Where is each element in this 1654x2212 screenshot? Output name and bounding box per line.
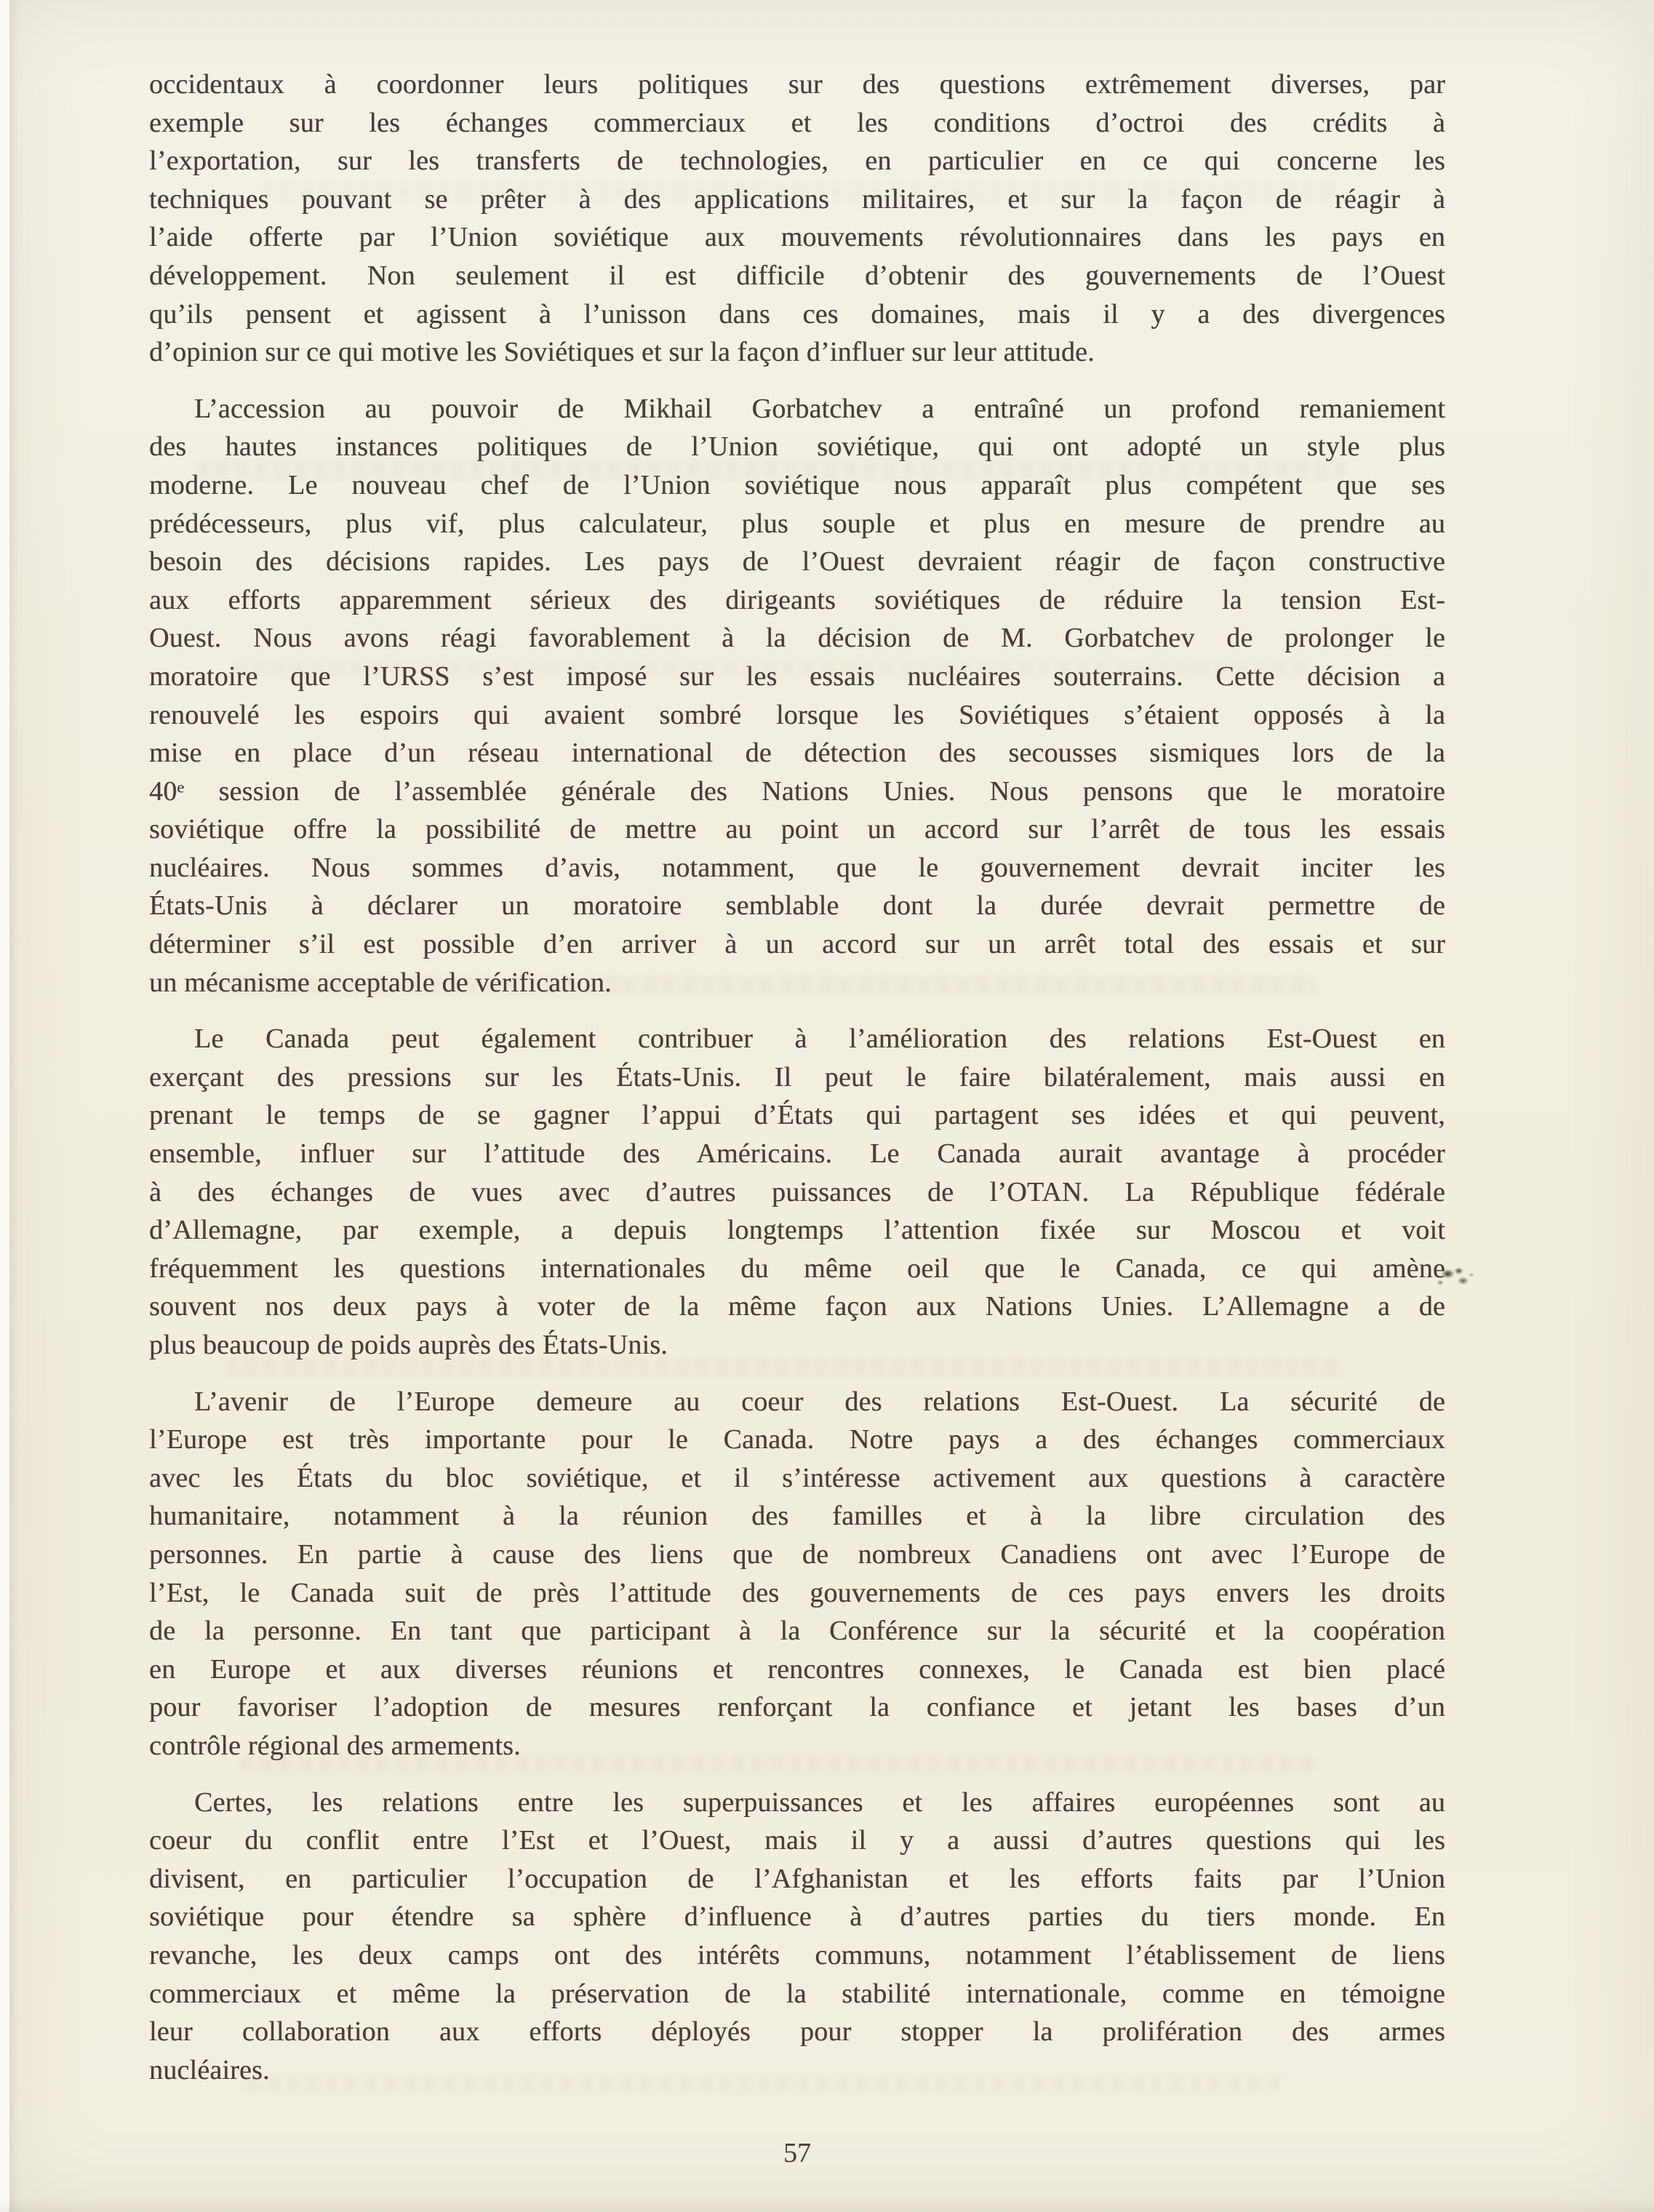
text-line: mise en place d’un réseau international … (149, 734, 1445, 772)
text-line: fréquemment les questions internationale… (149, 1250, 1445, 1288)
text-line: ensemble, influer sur l’attitude des Amé… (149, 1135, 1445, 1173)
text-line: besoin des décisions rapides. Les pays d… (149, 543, 1445, 581)
text-line: humanitaire, notamment à la réunion des … (149, 1497, 1445, 1536)
text-line: 40ᵉ session de l’assemblée générale des … (149, 772, 1445, 811)
paragraph: L’accession au pouvoir de Mikhail Gorbat… (149, 390, 1445, 1002)
text-line: soviétique offre la possibilité de mettr… (149, 810, 1445, 849)
text-line: moratoire que l’URSS s’est imposé sur le… (149, 658, 1445, 696)
page-number: 57 (149, 2137, 1445, 2169)
text-line: un mécanisme acceptable de vérification. (149, 964, 1445, 1002)
text-line: l’exportation, sur les transferts de tec… (149, 142, 1445, 180)
body-text: occidentaux à coordonner leurs politique… (149, 65, 1445, 2089)
text-line: revanche, les deux camps ont des intérêt… (149, 1936, 1445, 1975)
text-line: prenant le temps de se gagner l’appui d’… (149, 1096, 1445, 1135)
text-line: divisent, en particulier l’occupation de… (149, 1860, 1445, 1898)
text-line: exemple sur les échanges commerciaux et … (149, 104, 1445, 143)
text-line: de la personne. En tant que participant … (149, 1612, 1445, 1650)
text-line: renouvelé les espoirs qui avaient sombré… (149, 696, 1445, 735)
text-line: avec les États du bloc soviétique, et il… (149, 1459, 1445, 1498)
text-line: soviétique pour étendre sa sphère d’infl… (149, 1898, 1445, 1936)
text-line: coeur du conflit entre l’Est et l’Ouest,… (149, 1821, 1445, 1860)
scanned-book-page: occidentaux à coordonner leurs politique… (0, 0, 1654, 2212)
paragraph: occidentaux à coordonner leurs politique… (149, 65, 1445, 372)
text-line: qu’ils pensent et agissent à l’unisson d… (149, 295, 1445, 334)
paragraph: L’avenir de l’Europe demeure au coeur de… (149, 1383, 1445, 1765)
text-line: L’accession au pouvoir de Mikhail Gorbat… (149, 390, 1445, 428)
text-line: commerciaux et même la préservation de l… (149, 1975, 1445, 2013)
text-line: d’opinion sur ce qui motive les Soviétiq… (149, 333, 1445, 372)
text-line: d’Allemagne, par exemple, a depuis longt… (149, 1211, 1445, 1250)
paragraph: Le Canada peut également contribuer à l’… (149, 1020, 1445, 1364)
text-line: États-Unis à déclarer un moratoire sembl… (149, 887, 1445, 925)
text-line: Ouest. Nous avons réagi favorablement à … (149, 619, 1445, 658)
text-line: occidentaux à coordonner leurs politique… (149, 65, 1445, 104)
text-line: personnes. En partie à cause des liens q… (149, 1536, 1445, 1574)
text-line: souvent nos deux pays à voter de la même… (149, 1287, 1445, 1326)
text-line: développement. Non seulement il est diff… (149, 257, 1445, 295)
text-line: déterminer s’il est possible d’en arrive… (149, 925, 1445, 964)
page-bottom-shadow (0, 2199, 1654, 2212)
text-line: des hautes instances politiques de l’Uni… (149, 428, 1445, 466)
text-line: contrôle régional des armements. (149, 1727, 1445, 1765)
page-edge-highlight (0, 0, 9, 2212)
text-line: Certes, les relations entre les superpui… (149, 1784, 1445, 1822)
text-line: nucléaires. Nous sommes d’avis, notammen… (149, 849, 1445, 887)
text-line: l’Europe est très importante pour le Can… (149, 1421, 1445, 1459)
text-line: Le Canada peut également contribuer à l’… (149, 1020, 1445, 1058)
text-line: techniques pouvant se prêter à des appli… (149, 180, 1445, 219)
text-line: aux efforts apparemment sérieux des diri… (149, 581, 1445, 620)
text-line: l’aide offerte par l’Union soviétique au… (149, 218, 1445, 257)
page-edge-shadow (9, 0, 20, 2212)
text-line: exerçant des pressions sur les États-Uni… (149, 1058, 1445, 1097)
text-line: leur collaboration aux efforts déployés … (149, 2013, 1445, 2051)
text-line: à des échanges de vues avec d’autres pui… (149, 1173, 1445, 1212)
text-line: pour favoriser l’adoption de mesures ren… (149, 1688, 1445, 1727)
text-line: prédécesseurs, plus vif, plus calculateu… (149, 505, 1445, 543)
text-line: moderne. Le nouveau chef de l’Union sovi… (149, 466, 1445, 505)
ink-smudge (1434, 1263, 1477, 1292)
text-line: nucléaires. (149, 2051, 1445, 2090)
text-line: L’avenir de l’Europe demeure au coeur de… (149, 1383, 1445, 1421)
text-line: en Europe et aux diverses réunions et re… (149, 1650, 1445, 1689)
text-line: l’Est, le Canada suit de près l’attitude… (149, 1574, 1445, 1613)
text-line: plus beaucoup de poids auprès des États-… (149, 1326, 1445, 1365)
paragraph: Certes, les relations entre les superpui… (149, 1784, 1445, 2090)
